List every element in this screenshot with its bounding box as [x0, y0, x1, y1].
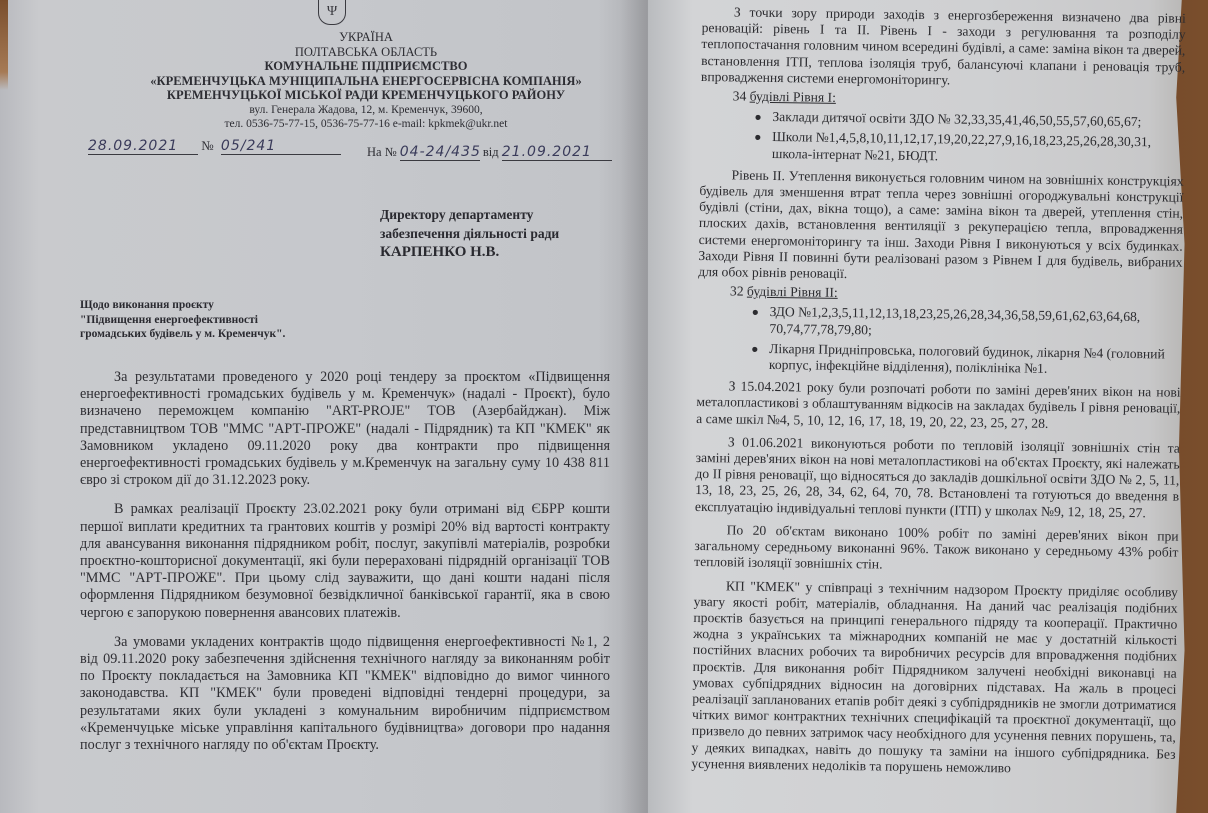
bullet-icon: ●	[754, 129, 761, 145]
addressee-position: Директору департаменту	[380, 205, 559, 224]
letterhead-contacts: тел. 0536-75-77-15, 0536-75-77-16 e-mail…	[96, 117, 636, 132]
level2-buildings-list: ●ЗДО №1,2,3,5,11,12,13,18,23,25,26,28,34…	[697, 303, 1182, 379]
page-edge	[0, 0, 8, 90]
bullet-icon: ●	[754, 109, 761, 125]
body-paragraph: КП "КМЕК" у співпраці з технічним надзор…	[691, 577, 1178, 778]
number-label: №	[201, 138, 213, 153]
level2-heading: 32 будівлі Рівня ІІ:	[698, 283, 1182, 306]
outgoing-registration: 28.09.2021 № 05/241	[88, 138, 341, 155]
list-item: ●Школи №1,4,5,8,10,11,12,17,19,20,22,27,…	[772, 129, 1184, 167]
outgoing-date: 28.09.2021	[88, 138, 198, 155]
letter-subject: Щодо виконання проєкту "Підвищення енерг…	[80, 298, 285, 342]
letter-body-left: За результатами проведеного у 2020 році …	[80, 369, 610, 766]
level2-count: 32	[730, 284, 744, 299]
outgoing-number: 05/241	[221, 138, 341, 155]
trident-coat-of-arms-icon: Ψ	[318, 0, 346, 25]
subject-line: Щодо виконання проєкту	[80, 298, 285, 313]
body-paragraph: З 15.04.2021 року були розпочаті роботи …	[696, 378, 1181, 433]
level1-buildings-list: ●Заклади дитячої освіти ЗДО № 32,33,35,4…	[700, 108, 1185, 167]
addressee-name: КАРПЕНКО Н.В.	[380, 243, 559, 262]
body-paragraph: За результатами проведеного у 2020 році …	[80, 369, 610, 489]
addressee-block: Директору департаменту забезпечення діял…	[380, 205, 559, 262]
ref-date-label: від	[483, 145, 499, 159]
subject-line: "Підвищення енергоефективності	[80, 313, 285, 328]
letterhead-country: УКРАЇНА	[96, 30, 636, 45]
letterhead-org-type: КОМУНАЛЬНЕ ПІДПРИЄМСТВО	[96, 59, 636, 74]
letterhead-address: вул. Генерала Жадова, 12, м. Кременчук, …	[96, 103, 636, 118]
subject-line: громадських будівель у м. Кременчук".	[80, 327, 285, 342]
list-item-text: Школи №1,4,5,8,10,11,12,17,19,20,22,27,9…	[772, 129, 1151, 163]
letterhead: УКРАЇНА ПОЛТАВСЬКА ОБЛАСТЬ КОМУНАЛЬНЕ ПІ…	[96, 30, 636, 132]
letterhead-org-name-2: КРЕМЕНЧУЦЬКОЇ МІСЬКОЇ РАДИ КРЕМЕНЧУЦЬКОГ…	[96, 88, 636, 103]
list-item: ●Лікарня Придніпровська, пологовий будин…	[769, 341, 1181, 379]
body-paragraph: З 01.06.2021 виконуються роботи по тепло…	[695, 434, 1180, 522]
bullet-icon: ●	[752, 304, 759, 320]
list-item-text: Заклади дитячої освіти ЗДО № 32,33,35,41…	[772, 109, 1141, 129]
list-item-text: ЗДО №1,2,3,5,11,12,13,18,23,25,26,28,34,…	[769, 304, 1140, 337]
letter-body-right: З точки зору природи заходів з енергозбе…	[691, 4, 1186, 786]
list-item: ●Заклади дитячої освіти ЗДО № 32,33,35,4…	[772, 109, 1184, 131]
body-paragraph: По 20 об'єктам виконано 100% робіт по за…	[694, 522, 1179, 577]
level1-heading: 34 будівлі Рівня І:	[701, 88, 1185, 111]
body-paragraph: Рівень ІІ. Утеплення виконується головни…	[698, 167, 1184, 287]
ref-date: 21.09.2021	[502, 144, 612, 161]
list-item-text: Лікарня Придніпровська, пологовий будино…	[769, 341, 1165, 376]
bullet-icon: ●	[751, 341, 758, 357]
body-paragraph: В рамках реалізації Проєкту 23.02.2021 р…	[80, 501, 610, 621]
incoming-reference: На № 04-24/435 від 21.09.2021	[367, 144, 612, 161]
list-item: ●ЗДО №1,2,3,5,11,12,13,18,23,25,26,28,34…	[769, 304, 1181, 342]
level2-title: будівлі Рівня ІІ:	[747, 284, 838, 300]
addressee-department: забезпечення діяльності ради	[380, 224, 559, 243]
level1-title: будівлі Рівня І:	[750, 89, 836, 105]
level1-count: 34	[733, 88, 747, 103]
body-paragraph: За умовами укладених контрактів щодо під…	[80, 634, 610, 754]
ref-label: На №	[367, 145, 397, 159]
letterhead-region: ПОЛТАВСЬКА ОБЛАСТЬ	[96, 45, 636, 60]
letter-page-left: Ψ УКРАЇНА ПОЛТАВСЬКА ОБЛАСТЬ КОМУНАЛЬНЕ …	[0, 0, 650, 813]
body-paragraph: З точки зору природи заходів з енергозбе…	[701, 4, 1186, 92]
ref-number: 04-24/435	[400, 144, 480, 161]
letterhead-org-name: «КРЕМЕНЧУЦЬКА МУНІЦИПАЛЬНА ЕНЕРГОСЕРВІСН…	[96, 74, 636, 89]
